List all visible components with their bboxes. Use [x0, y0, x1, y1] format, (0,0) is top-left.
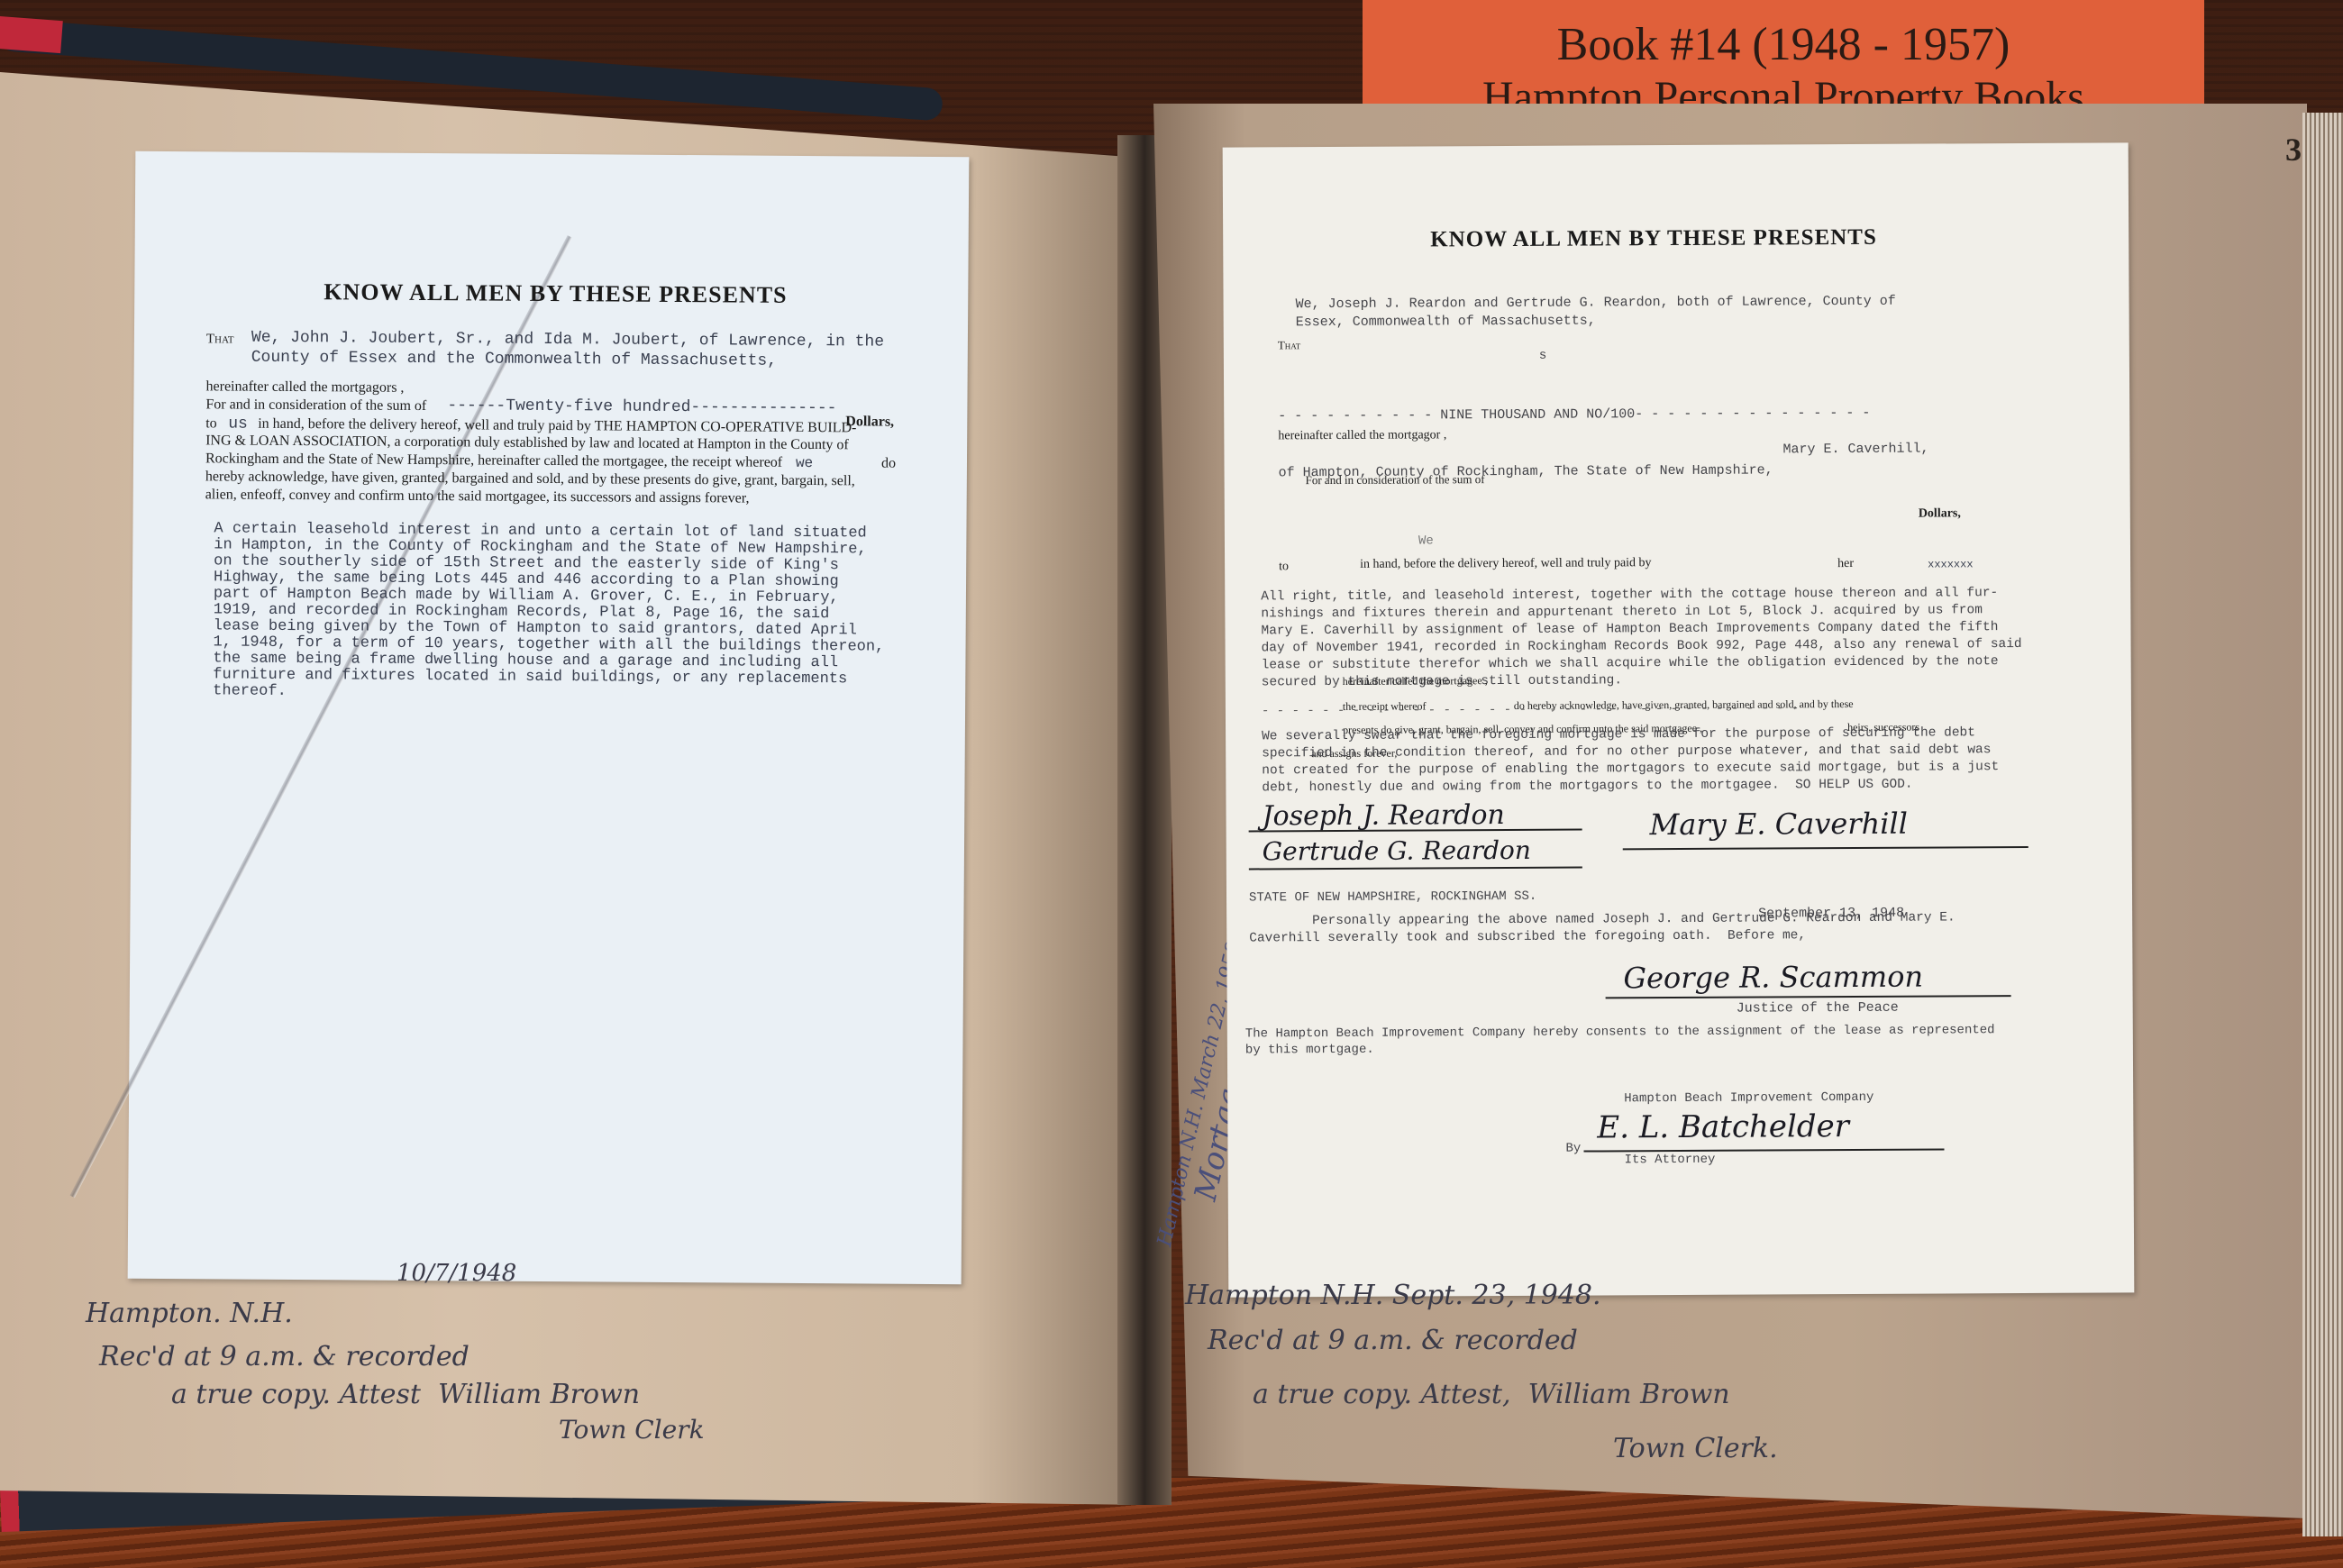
left-note-line3: a true copy. Attest William Brown [171, 1379, 640, 1410]
signature-line-3 [1623, 846, 2028, 850]
right-document-heading: KNOW ALL MEN BY THESE PRESENTS [1430, 225, 1877, 253]
signature-joseph-reardon: Joseph J. Reardon [1262, 799, 1504, 832]
dashed-rule: - - - - - - - - - - - - - - - - - - - - … [1262, 701, 1800, 718]
right-mortgage-document: KNOW ALL MEN BY THESE PRESENTS We, Josep… [1223, 142, 2135, 1297]
justice-label: Justice of the Peace [1737, 1000, 1899, 1016]
signature-line-2 [1249, 867, 1582, 871]
right-note-line3: a true copy. Attest, William Brown [1253, 1379, 1730, 1410]
attorney-label: Its Attorney [1625, 1153, 1716, 1168]
signature-attorney: E. L. Batchelder [1597, 1108, 1849, 1145]
right-her-typed: her [1837, 557, 1854, 571]
association-line: ING & LOAN ASSOCIATION, a corporation du… [205, 433, 849, 453]
that-label: That [206, 332, 234, 347]
acknowledge-line: hereby acknowledge, have given, granted,… [205, 469, 855, 489]
signature-line-attorney [1583, 1148, 1944, 1152]
to-label: to [205, 415, 217, 432]
right-mortgagor-line: hereinafter called the mortgagor , [1278, 428, 1446, 443]
right-that-label: That [1278, 338, 1301, 352]
left-document-heading: KNOW ALL MEN BY THESE PRESENTS [324, 278, 787, 309]
signature-gertrude-reardon: Gertrude G. Reardon [1263, 835, 1531, 867]
right-consideration-line: For and in consideration of the sum of [1306, 472, 1485, 488]
grantors-typed: We, John J. Joubert, Sr., and Ida M. Jou… [251, 328, 936, 372]
right-xs-typed: xxxxxxx [1928, 558, 1973, 570]
by-label: By [1565, 1142, 1581, 1156]
right-note-line4: Town Clerk. [1613, 1433, 1778, 1464]
overprint-mortgagee-called: hereinafter called the mortgagee , [1343, 674, 1488, 688]
left-note-date: 10/7/1948 [397, 1260, 516, 1287]
left-note-line2: Rec'd at 9 a.m. & recorded [99, 1341, 470, 1372]
right-mortgagee-typed: Mary E. Caverhill, [1782, 442, 1928, 458]
do-label: do [881, 456, 896, 472]
right-paid-by-line: in hand, before the delivery hereof, wel… [1360, 556, 1652, 572]
convey-line: alien, enfeoff, convey and confirm unto … [205, 487, 750, 506]
we-typed: we [796, 455, 813, 471]
right-note-line2: Rec'd at 9 a.m. & recorded [1208, 1325, 1578, 1356]
right-oath-typed: We severally swear that the foregoing mo… [1262, 724, 2127, 797]
state-heading-typed: STATE OF NEW HAMPSHIRE, ROCKINGHAM SS. [1249, 889, 1536, 906]
company-typed: Hampton Beach Improvement Company [1624, 1090, 1873, 1106]
right-dollars-label: Dollars, [1919, 506, 1961, 521]
consideration-line: For and in consideration of the sum of [205, 397, 426, 415]
signature-line-justice [1606, 995, 2011, 998]
right-note-line1: Hampton N.H. Sept. 23, 1948. [1185, 1280, 1601, 1311]
amount-typed: ------Twenty-five hundred--------------- [447, 397, 836, 417]
page-edges [2302, 113, 2343, 1536]
consent-typed: The Hampton Beach Improvement Company he… [1245, 1021, 2129, 1058]
to-typed: us [228, 415, 248, 433]
book-label-title: Book #14 (1948 - 1957) [1363, 18, 2204, 72]
left-mortgage-document: KNOW ALL MEN BY THESE PRESENTS That We, … [128, 151, 970, 1284]
signature-justice: George R. Scammon [1623, 960, 1923, 996]
state-line: Rockingham and the State of New Hampshir… [205, 451, 782, 470]
book-binding-top-red [0, 16, 63, 53]
mortgagor-line: hereinafter called the mortgagors , [205, 378, 404, 397]
right-to-label: to [1279, 560, 1289, 574]
left-note-line1: Hampton. N.H. [86, 1298, 293, 1329]
right-grantors-typed: We, Joseph J. Reardon and Gertrude G. Re… [1296, 292, 2107, 333]
property-description-typed: A certain leasehold interest in and unto… [213, 521, 953, 705]
signature-mary-caverhill: Mary E. Caverhill [1650, 807, 1908, 842]
personally-appearing-typed: Personally appearing the above named Jos… [1249, 908, 2114, 947]
page-number: 3 [2285, 131, 2302, 169]
right-s-typed: s [1539, 349, 1546, 363]
right-we-typed: We [1418, 533, 1434, 548]
left-note-line4: Town Clerk [559, 1415, 705, 1445]
right-amount-typed: - - - - - - - - - - NINE THOUSAND AND NO… [1278, 406, 1870, 424]
